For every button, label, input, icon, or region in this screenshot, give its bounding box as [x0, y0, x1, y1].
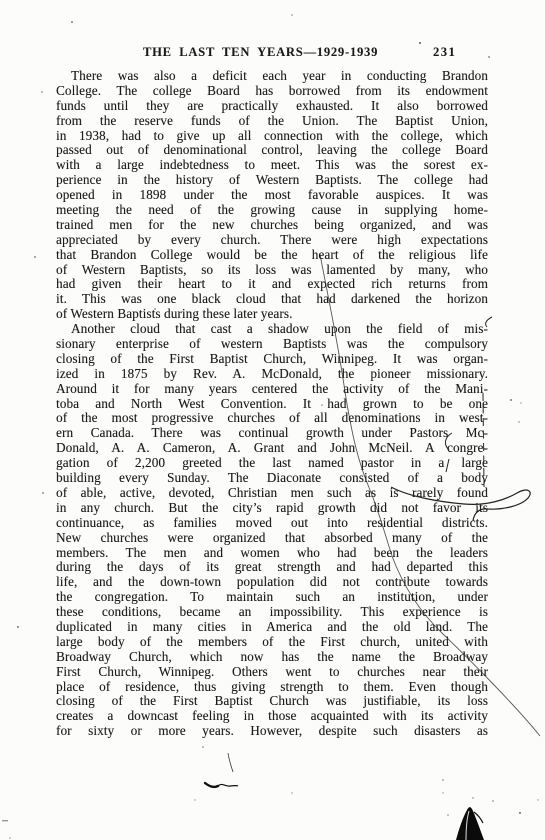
text-line: in any church. But the city’s rapid grow…	[56, 501, 488, 516]
text-line: funds until they are practically exhaust…	[56, 99, 488, 114]
text-line: ized in 1875 by Rev. A. McDonald, the pi…	[56, 367, 488, 382]
text-line: building every Sunday. The Diaconate con…	[56, 471, 488, 486]
bottom-squiggle	[205, 783, 218, 787]
text-line: trained men for the new churches being o…	[56, 218, 488, 233]
running-head-title: THE LAST TEN YEARS—1929-1939	[143, 45, 378, 60]
text-line: duplicated in many cities in America and…	[56, 620, 488, 635]
text-line: Donald, A. A. Cameron, A. Grant and John…	[56, 441, 488, 456]
text-line: Around it for many years centered the ac…	[56, 382, 488, 397]
book-page: THE LAST TEN YEARS—1929-1939 231 There w…	[0, 0, 545, 840]
text-line: of Western Baptists, so its loss was lam…	[56, 263, 488, 278]
text-line: closing of the First Baptist Church, Win…	[56, 352, 488, 367]
text-line: continuance, as families moved out into …	[56, 516, 488, 531]
text-line: place of residence, thus giving strength…	[56, 680, 488, 695]
text-line: from the reserve funds of the Union. The…	[56, 114, 488, 129]
text-line: passed out of denominational control, le…	[56, 143, 488, 158]
text-line: appreciated by every church. There were …	[56, 233, 488, 248]
text-line: it. This was one black cloud that had da…	[56, 292, 488, 307]
text-line: of the most progressive churches of all …	[56, 411, 488, 426]
text-line: of able, active, devoted, Christian men …	[56, 486, 488, 501]
text-line: Broadway Church, which now has the name …	[56, 650, 488, 665]
text-line: the congregation. To maintain such an in…	[56, 590, 488, 605]
text-line: opened in 1898 under the most favorable …	[56, 188, 488, 203]
text-line: toba and North West Convention. It had g…	[56, 397, 488, 412]
text-line: perience in the history of Western Bapti…	[56, 173, 488, 188]
text-line: meeting the need of the growing cause in…	[56, 203, 488, 218]
text-line: during the days of its great strength an…	[56, 560, 488, 575]
text-line: had given their heart to it and expected…	[56, 277, 488, 292]
text-line: New churches were organized that absorbe…	[56, 531, 488, 546]
text-line: these conditions, became an impossibilit…	[56, 605, 488, 620]
text-line: of Western Baptists during these later y…	[56, 307, 488, 322]
corner-blot-highlight	[466, 811, 469, 840]
text-line: members. The men and women who had been …	[56, 546, 488, 561]
corner-blot-tail	[474, 812, 483, 823]
text-line: sionary enterprise of western Baptists w…	[56, 337, 488, 352]
text-line: closing of the First Baptist Church was …	[56, 694, 488, 709]
text-line: creates a downcast feeling in those acqu…	[56, 709, 488, 724]
text-block: There was also a deficit each year in co…	[56, 69, 488, 739]
text-line: that Brandon College would be the heart …	[56, 248, 488, 263]
text-line: College. The college Board has borrowed …	[56, 84, 488, 99]
corner-blot	[456, 807, 484, 840]
bottom-squiggle-tail	[218, 784, 238, 786]
text-line: Another cloud that cast a shadow upon th…	[56, 322, 488, 337]
text-line: with a large indebtedness to meet. This …	[56, 158, 488, 173]
text-line: life, and the down-town population did n…	[56, 575, 488, 590]
text-line: ern Canada. There was continual growth u…	[56, 426, 488, 441]
text-line: There was also a deficit each year in co…	[56, 69, 488, 84]
text-line: First Church, Winnipeg. Others went to c…	[56, 665, 488, 680]
bottom-stray-line	[228, 753, 233, 772]
page-number: 231	[433, 45, 456, 60]
text-line: for sixty or more years. However, despit…	[56, 724, 488, 739]
text-line: large body of the members of the First c…	[56, 635, 488, 650]
text-line: gation of 2,200 greeted the last named p…	[56, 456, 488, 471]
text-line: in 1938, had to give up all connection w…	[56, 129, 488, 144]
